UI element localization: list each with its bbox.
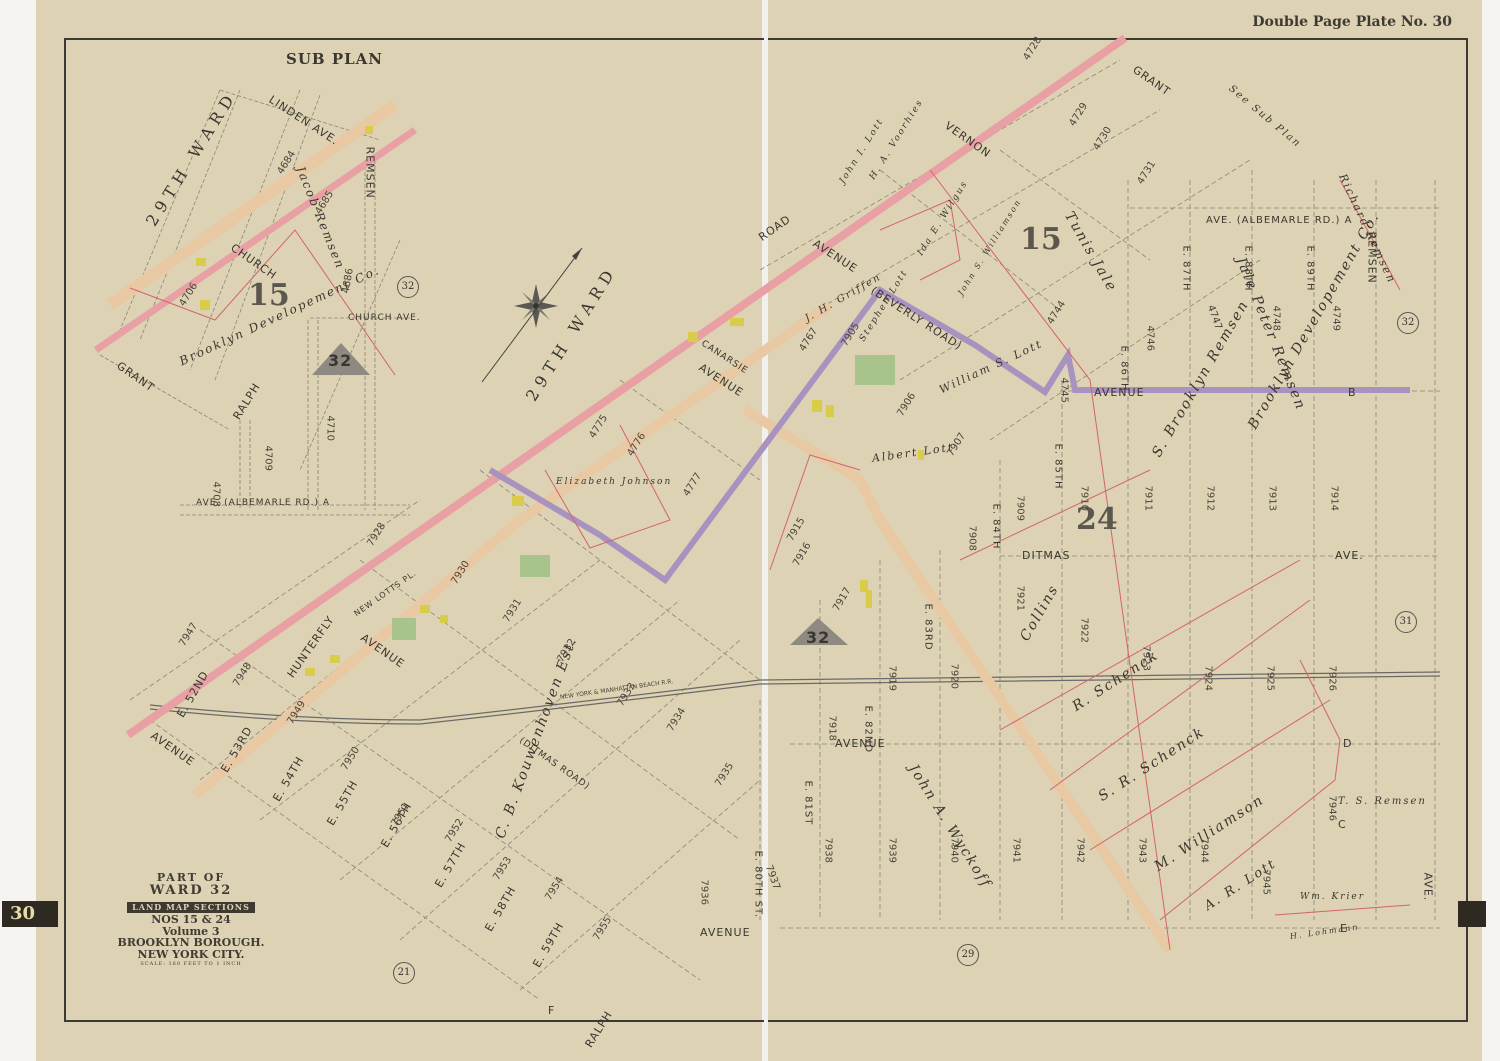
street-d: D bbox=[1343, 737, 1352, 750]
street-ave-right: AVE. bbox=[1422, 873, 1435, 902]
lot-label: 7924 bbox=[1203, 666, 1214, 691]
street-e81: E. 81ST bbox=[803, 781, 814, 826]
lot-label: 4746 bbox=[1145, 326, 1156, 351]
street-e85: E. 85TH bbox=[1053, 444, 1064, 490]
adjacent-plate-21[interactable]: 21 bbox=[393, 962, 415, 984]
adjacent-plate-31[interactable]: 31 bbox=[1395, 611, 1417, 633]
lot-label: 7913 bbox=[1267, 486, 1278, 511]
subplan-adjacent-plate-32[interactable]: 32 bbox=[397, 276, 419, 298]
lot-label: 7908 bbox=[967, 526, 978, 551]
subplan-street-remsen: REMSEN bbox=[364, 147, 377, 199]
lot-label: 7941 bbox=[1011, 838, 1022, 863]
section-15: 15 bbox=[1020, 222, 1062, 257]
lot-label: 7919 bbox=[887, 666, 898, 691]
lot-label: 7942 bbox=[1075, 838, 1086, 863]
street-ditmas: DITMAS bbox=[1022, 549, 1070, 562]
lot-label: 4749 bbox=[1331, 306, 1342, 331]
lot-label: 7936 bbox=[699, 880, 710, 905]
lot-label: 4745 bbox=[1059, 378, 1070, 403]
owner-label: T. S. Remsen bbox=[1338, 796, 1427, 807]
lot-label: 7911 bbox=[1143, 486, 1154, 511]
cartouche-line: LAND MAP SECTIONS bbox=[127, 902, 255, 912]
cartouche-line: WARD 32 bbox=[106, 884, 276, 898]
street-f: F bbox=[548, 1004, 555, 1017]
lot-label: 7945 bbox=[1261, 870, 1272, 895]
cartouche-line: NEW YORK CITY. bbox=[106, 949, 276, 961]
lot-label: 7926 bbox=[1327, 666, 1338, 691]
street-e87: E. 87TH bbox=[1181, 246, 1192, 292]
lot-label: 7923 bbox=[1141, 646, 1152, 671]
lot-label: 4708 bbox=[211, 482, 222, 507]
title-cartouche: PART OF WARD 32 LAND MAP SECTIONS NOS 15… bbox=[106, 872, 276, 967]
railroad-track bbox=[150, 672, 1440, 724]
lot-label: 7910 bbox=[1079, 486, 1090, 511]
ward-triangle-number: 32 bbox=[806, 628, 830, 647]
lot-label: 7918 bbox=[827, 716, 838, 741]
lot-label: 7909 bbox=[1015, 496, 1026, 521]
cartouche-line: NOS 15 & 24 bbox=[106, 914, 276, 926]
lot-label: 7920 bbox=[949, 664, 960, 689]
cartouche-line: PART OF bbox=[106, 872, 276, 884]
street-albemarle: AVE. (ALBEMARLE RD.) A bbox=[1206, 215, 1352, 226]
street-e83: E. 83RD bbox=[923, 604, 934, 651]
street-e80: E. 80TH ST. bbox=[753, 851, 764, 919]
lot-label: 7938 bbox=[823, 838, 834, 863]
lot-label: 7914 bbox=[1329, 486, 1340, 511]
owner-label: Wm. Krier bbox=[1300, 892, 1365, 902]
compass-rose bbox=[482, 248, 582, 382]
lot-label: 7912 bbox=[1205, 486, 1216, 511]
cartouche-scale: SCALE: 160 FEET TO 1 INCH bbox=[106, 962, 276, 967]
street-b: B bbox=[1348, 386, 1357, 399]
lot-label: 4710 bbox=[325, 416, 336, 441]
owner-label: Elizabeth Johnson bbox=[556, 477, 672, 487]
cartouche-line: BROOKLYN BOROUGH. bbox=[106, 937, 276, 949]
lot-label: 7925 bbox=[1265, 666, 1276, 691]
lot-label: 7921 bbox=[1015, 586, 1026, 611]
lot-label: 7944 bbox=[1199, 838, 1210, 863]
lot-label: 7939 bbox=[887, 838, 898, 863]
street-e82: E. 82ND bbox=[863, 706, 874, 754]
street-ditmas-ave: AVE. bbox=[1335, 549, 1364, 562]
street-avenue-bottom: AVENUE bbox=[700, 926, 751, 939]
street-e84: E. 84TH bbox=[991, 504, 1002, 550]
adjacent-plate-32[interactable]: 32 bbox=[1397, 312, 1419, 334]
lot-label: 7943 bbox=[1137, 838, 1148, 863]
lot-label: 7922 bbox=[1079, 618, 1090, 643]
subplan-triangle-number: 32 bbox=[328, 351, 352, 370]
lot-label: 7946 bbox=[1327, 796, 1338, 821]
street-e89: E. 89TH bbox=[1305, 246, 1316, 292]
property-lines bbox=[545, 170, 1410, 950]
street-avenue-d: AVENUE bbox=[835, 737, 886, 750]
lot-label: 7940 bbox=[949, 838, 960, 863]
street-c: C bbox=[1338, 818, 1347, 831]
street-e86: E. 86TH bbox=[1119, 346, 1130, 392]
adjacent-plate-29[interactable]: 29 bbox=[957, 944, 979, 966]
lot-label: 4709 bbox=[263, 446, 274, 471]
subplan-title: SUB PLAN bbox=[286, 50, 383, 68]
subplan-street-church-ave: CHURCH AVE. bbox=[348, 313, 421, 323]
lot-label: 4748 bbox=[1271, 306, 1282, 331]
